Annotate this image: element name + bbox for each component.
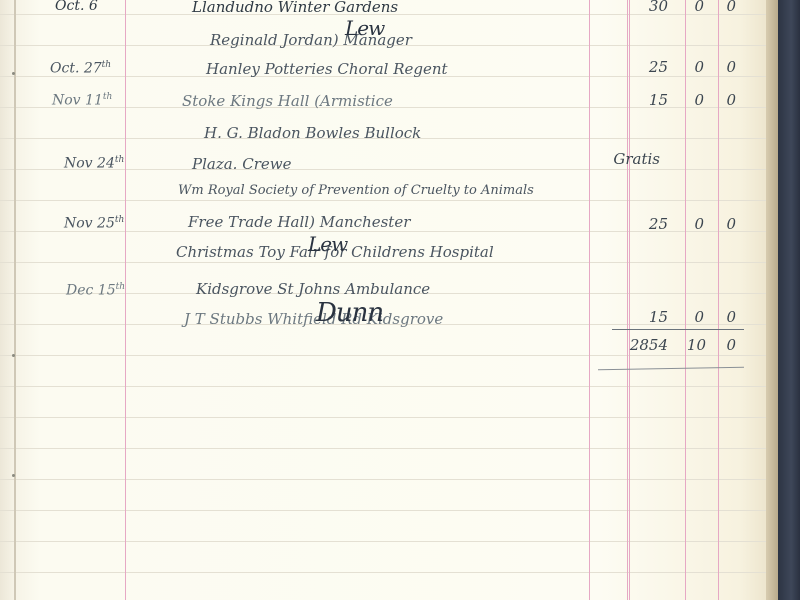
ruled-line [0,572,775,573]
entry-date: Nov 25th [64,215,124,232]
entry-line: Llandudno Winter Gardens [192,0,398,16]
amount-pence: 0 [722,0,736,15]
sum-underline [612,329,744,330]
total-pence: 0 [722,336,736,354]
signature: Dunn [316,298,383,328]
stitch-mark [12,354,15,357]
amount-pounds: 25 [628,58,668,76]
column-line [589,0,590,600]
ruled-line [0,355,775,356]
entry-line: Hanley Potteries Choral Regent [206,60,448,78]
entry-date: Nov 11th [52,92,112,109]
stitch-mark [12,474,15,477]
amount-shillings: 0 [690,91,704,109]
amount-pounds: 25 [628,215,668,233]
ruled-line [0,479,775,480]
total-pounds: 2854 [612,336,668,354]
pence-column-line [718,0,719,600]
amount-pounds: 15 [628,308,668,326]
entry-line: Free Trade Hall) Manchester [188,213,410,231]
pounds-column-line [627,0,630,600]
amount-pence: 0 [722,215,736,233]
entry-date: Dec 15th [66,282,125,299]
entry-line: Kidsgrove St Johns Ambulance [196,280,430,298]
ruled-line [0,200,775,201]
amount-pounds: 30 [628,0,668,15]
amount-pounds: 15 [628,91,668,109]
ruled-line [0,262,775,263]
entry-date: Oct. 6 [55,0,98,14]
ruled-line [0,386,775,387]
amount-pence: 0 [722,308,736,326]
entry-date: Oct. 27th [50,60,111,77]
page-edge [766,0,778,600]
amount-shillings: 0 [690,215,704,233]
signature: Lew [308,232,347,256]
book-cover [778,0,800,600]
amount-pence: 0 [722,58,736,76]
ruled-line [0,510,775,511]
entry-line: J T Stubbs Whitfield Rd Kidsgrove [184,310,443,328]
ruled-line [0,448,775,449]
shillings-column-line [685,0,686,600]
amount-shillings: 0 [690,308,704,326]
ruled-line [0,417,775,418]
entry-line: Wm Royal Society of Prevention of Cruelt… [178,183,534,198]
amount-shillings: 0 [690,58,704,76]
amount-shillings: 0 [690,0,704,15]
amount-gratis: Gratis [600,150,660,168]
entry-date: Nov 24th [64,155,124,172]
total-shillings: 10 [686,336,706,354]
entry-line: Stoke Kings Hall (Armistice [182,92,393,110]
signature: Lew [345,16,384,40]
ledger-page: Oct. 6 Llandudno Winter Gardens Reginald… [0,0,775,600]
entry-line: H. G. Bladon Bowles Bullock [204,124,421,142]
ruled-line [0,541,775,542]
entry-line: Plaza. Crewe [192,155,291,173]
amount-pence: 0 [722,91,736,109]
date-margin-line [125,0,126,600]
binding-margin [14,0,16,600]
total-underline [598,367,744,371]
stitch-mark [12,72,15,75]
